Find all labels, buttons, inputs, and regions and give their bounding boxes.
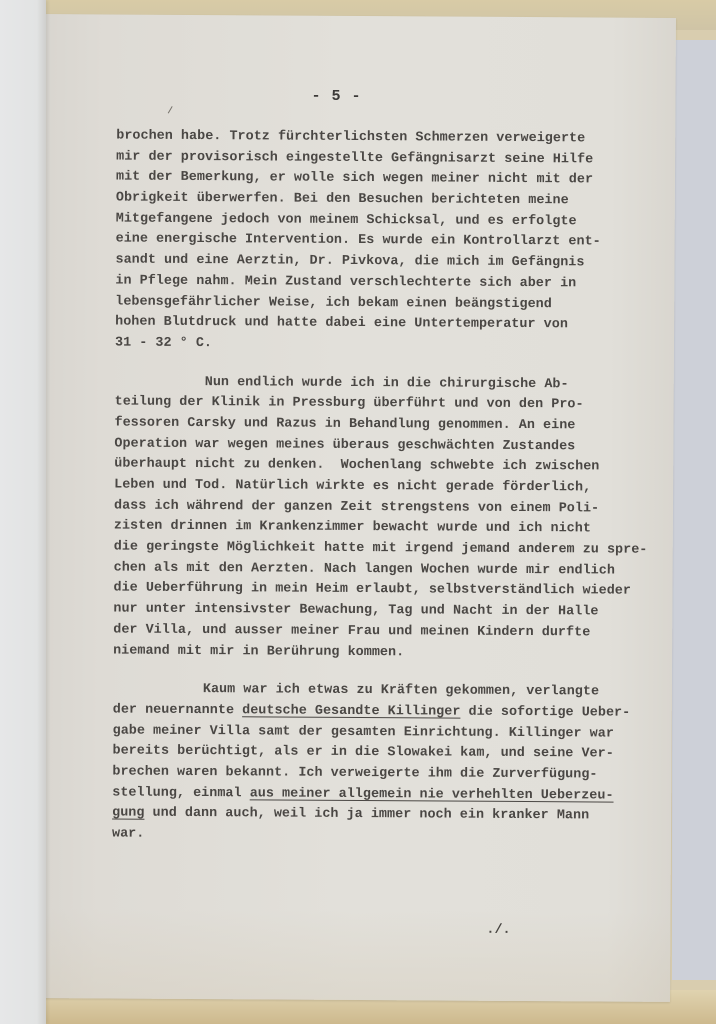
underlined-phrase: aus meiner allgemein nie verhehlten Uebe… [250, 786, 614, 803]
paragraph-3: Kaum war ich etwas zu Kräften gekommen, … [112, 680, 713, 849]
text-line: 31 - 32 ° C. [115, 333, 715, 357]
facing-page-edge [0, 0, 46, 1024]
text-line: gung und dann auch, weil ich ja immer no… [112, 804, 712, 828]
pen-mark [168, 106, 176, 115]
text-line: war. [112, 825, 712, 849]
page-number: - 5 - [311, 88, 361, 105]
page-bottom-shade [34, 908, 671, 1002]
underlined-phrase: gung [112, 806, 144, 821]
underlined-phrase: deutsche Gesandte Killinger [242, 703, 460, 719]
text-line: niemand mit mir in Berührung kommen. [113, 641, 713, 665]
text-line: der Villa, und ausser meiner Frau und me… [113, 620, 713, 644]
paragraph-1: brochen habe. Trotz fürchterlichsten Sch… [115, 127, 716, 358]
paragraph-2: Nun endlich wurde ich in die chirurgisch… [113, 372, 715, 665]
body-text: brochen habe. Trotz fürchterlichsten Sch… [112, 127, 716, 849]
typewritten-page: - 5 - brochen habe. Trotz fürchterlichst… [34, 14, 676, 1002]
text-line: in Pflege nahm. Mein Zustand verschlecht… [115, 271, 715, 295]
